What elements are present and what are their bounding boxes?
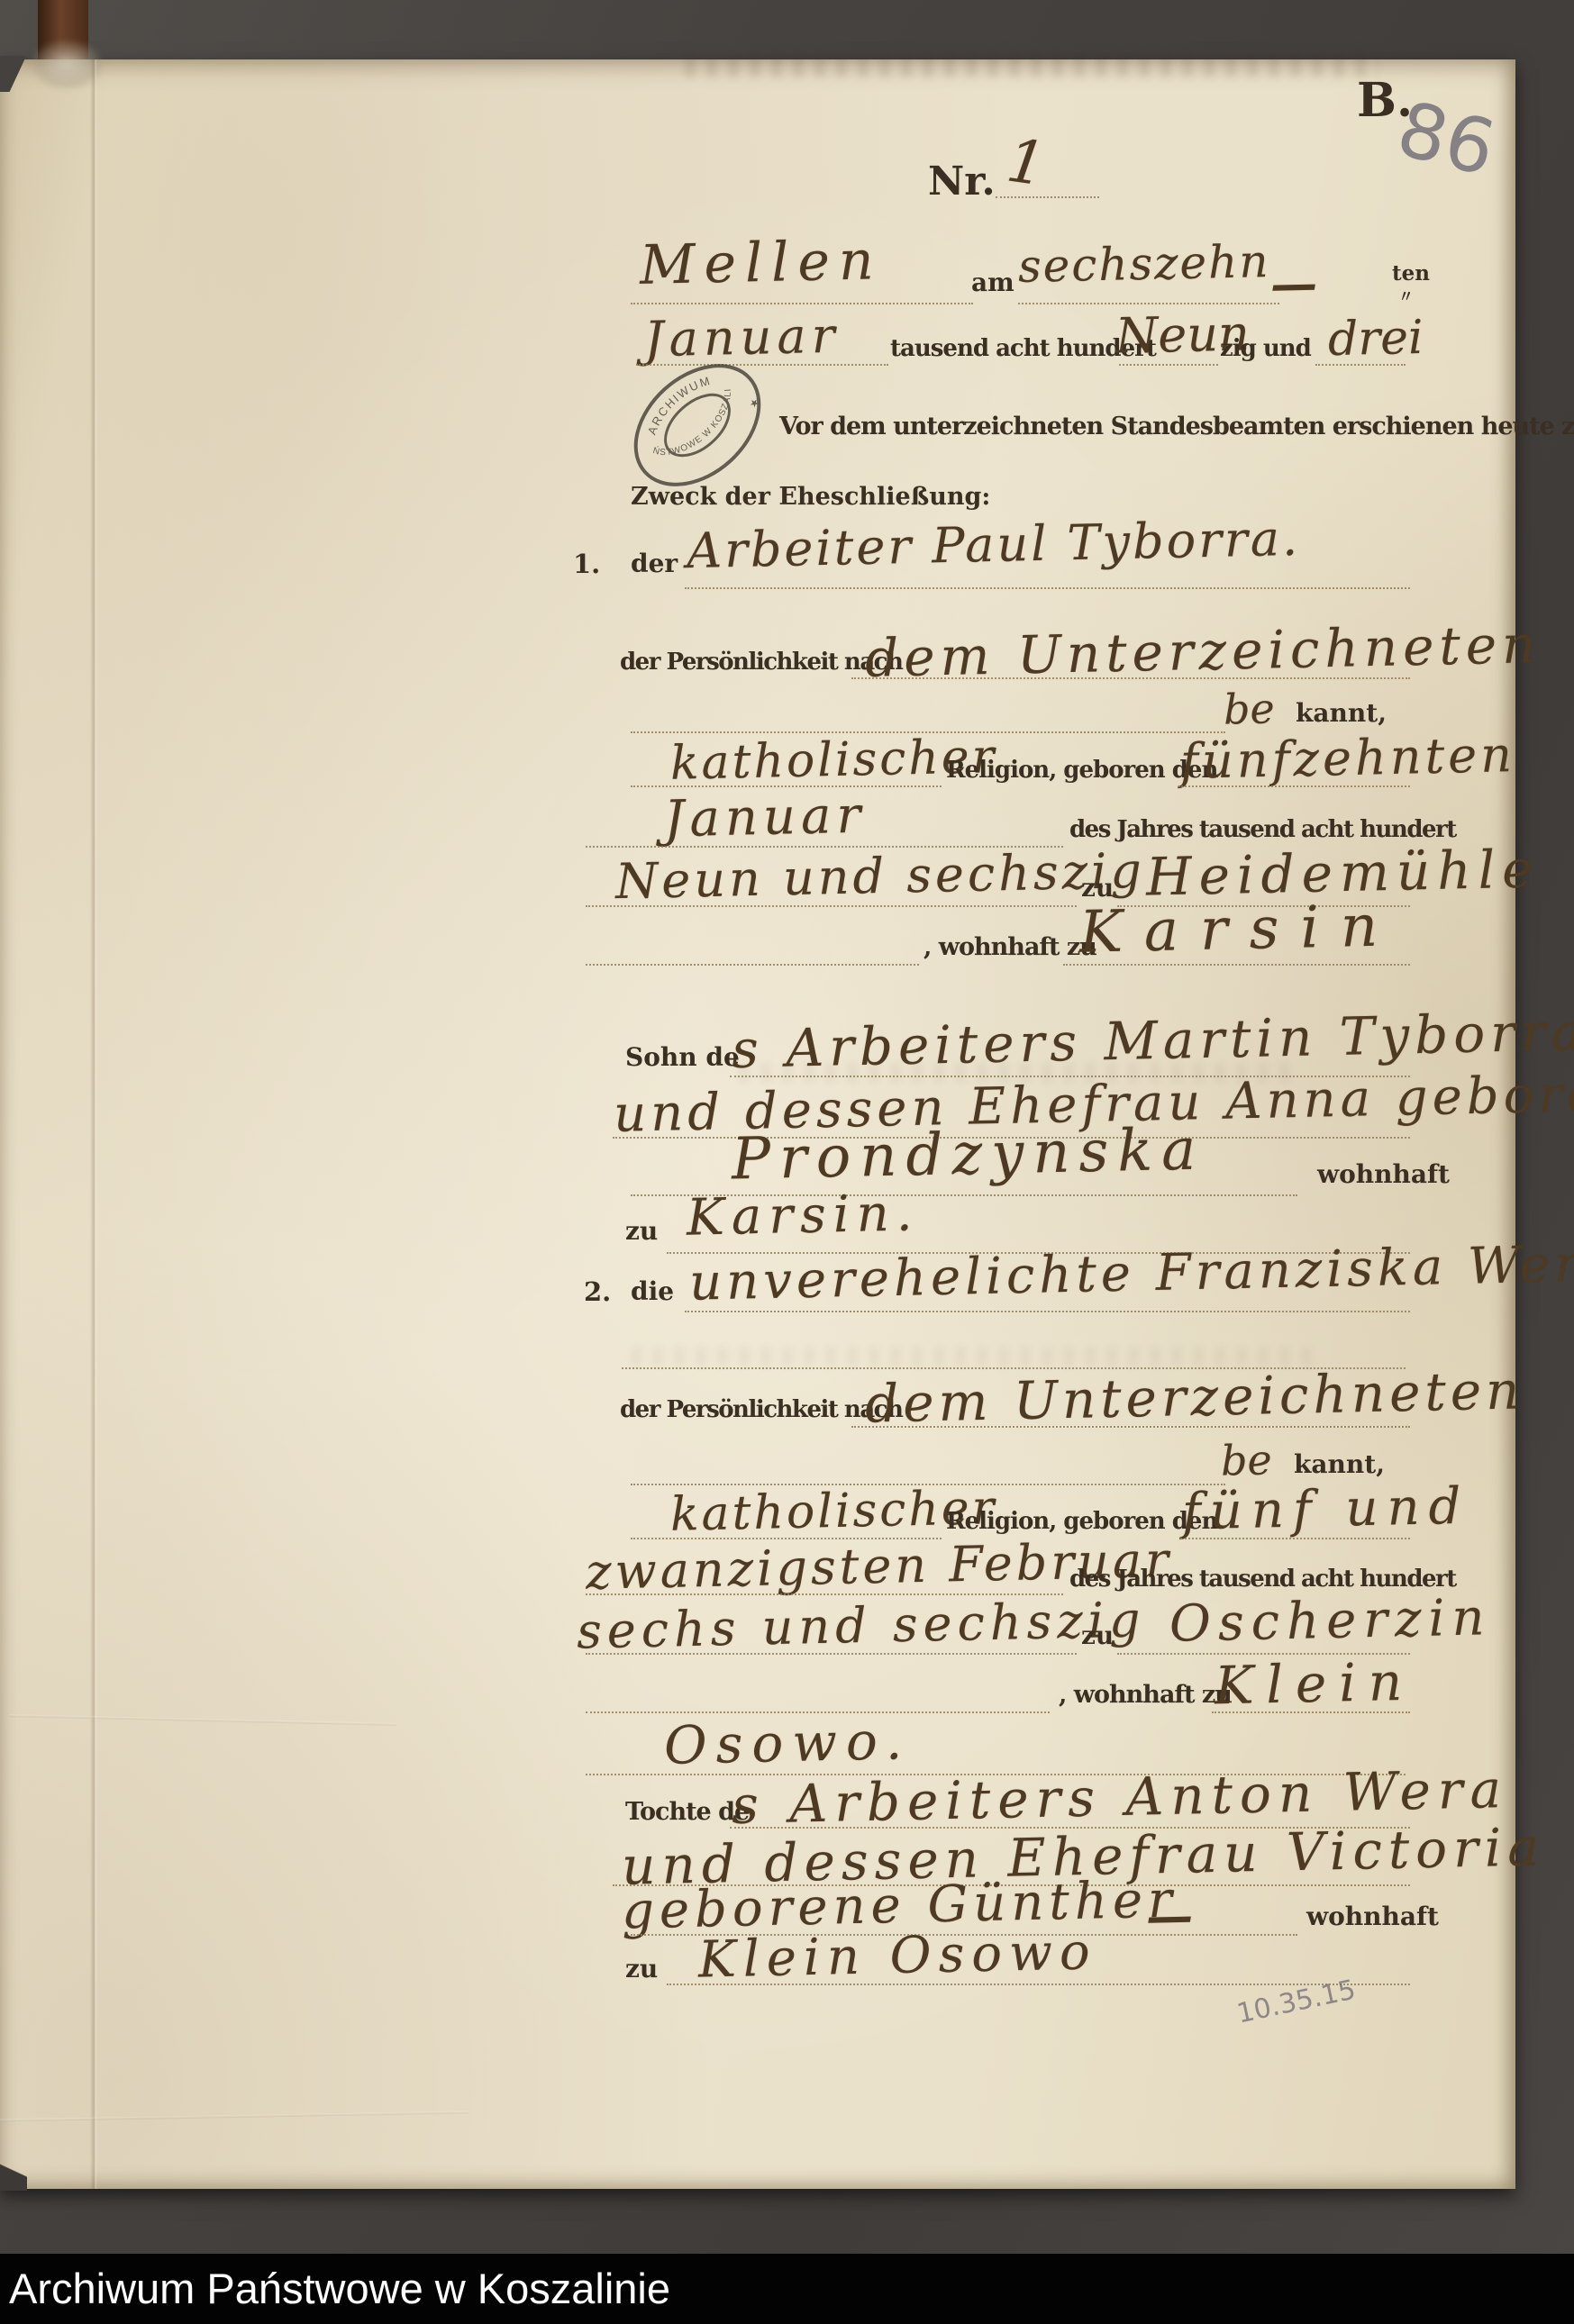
groom-parents-residence-handwritten: Karsin. (686, 1188, 920, 1243)
bride-tochter-label: Tochte de (625, 1800, 749, 1824)
year-ones-handwritten: drei (1327, 314, 1424, 363)
item-2-number: 2. (584, 1279, 611, 1305)
groom-birth-year-handwritten: Neun und sechszig (614, 847, 1145, 906)
bride-religion-label: Religion, geboren den (946, 1510, 1217, 1533)
dotted-rule (631, 303, 973, 304)
bride-birth-place-handwritten: Oscherzin (1169, 1593, 1492, 1649)
bride-zu-label: zu (1081, 1623, 1114, 1648)
groom-wohnhaft-label: wohnhaft (1317, 1162, 1450, 1187)
archival-scan: B. 86 Nr. 1 Mellen am sechszehn — ten 〃 … (0, 0, 1574, 2324)
binding-crease (90, 59, 97, 2189)
dotted-rule (586, 964, 919, 966)
day-handwritten: sechszehn (1018, 239, 1270, 289)
nr-label: Nr. (928, 162, 996, 202)
bride-parents-residence-handwritten: Klein Osowo (697, 1927, 1097, 1985)
zig-und-label: zig und (1220, 337, 1311, 360)
am-label: am (971, 270, 1014, 295)
archive-watermark-bar: Archiwum Państwowe w Koszalinie (0, 2254, 1574, 2324)
dotted-rule (685, 587, 1410, 589)
dotted-rule (586, 905, 1077, 907)
dotted-rule (1119, 364, 1218, 366)
dotted-rule (1178, 785, 1410, 787)
dotted-rule (1063, 964, 1410, 966)
item-1-article: der (631, 551, 678, 576)
purpose-line: Zweck der Eheschließung: (631, 485, 990, 509)
groom-father-handwritten: s Arbeiters Martin Tyborra (731, 1005, 1574, 1076)
groom-parents-zu-label: zu (625, 1219, 658, 1244)
groom-birth-day-handwritten: fünfzehnten (1179, 731, 1515, 786)
bride-be-handwritten: be (1221, 1439, 1273, 1481)
groom-identity-handwritten: dem Unterzeichneten (864, 618, 1541, 685)
groom-be-handwritten: be (1224, 687, 1276, 730)
pencil-folio-number: 86 (1390, 90, 1502, 186)
bride-year-label: des Jahres tausend acht hundert (1069, 1567, 1456, 1591)
dotted-rule (851, 1426, 1410, 1428)
bride-residence1-handwritten: Klein (1214, 1656, 1415, 1712)
page-corner-shadow-bottom (0, 2149, 27, 2191)
dotted-rule (1315, 364, 1406, 366)
groom-zu-label: zu (1081, 876, 1114, 901)
groom-religion-label: Religion, geboren den (946, 758, 1217, 782)
bride-identity-label: der Persönlichkeit nach (620, 1398, 902, 1421)
groom-mother-maiden-handwritten: Prondzynska (731, 1121, 1205, 1189)
dotted-rule (586, 1653, 1077, 1655)
dotted-rule (996, 196, 1099, 198)
groom-identity-label: der Persönlichkeit nach (620, 650, 902, 674)
groom-birth-month-handwritten: Januar (663, 791, 866, 846)
groom-wohnhaft-zu-label: , wohnhaft zu (923, 935, 1096, 959)
bride-kannt-label: kannt, (1294, 1452, 1385, 1477)
bride-birth-day-handwritten: fünf und (1181, 1482, 1469, 1539)
registry-place-handwritten: Mellen (639, 233, 883, 293)
item-2-article: die (631, 1279, 674, 1304)
groom-kannt-label: kannt, (1296, 701, 1387, 726)
dotted-rule (1212, 1711, 1410, 1713)
groom-name-handwritten: Arbeiter Paul Tyborra. (687, 514, 1301, 576)
bride-parents-zu-label: zu (625, 1956, 658, 1982)
item-1-number: 1. (573, 551, 600, 577)
ten-suffix-label: ten (1392, 263, 1430, 284)
dotted-rule (851, 677, 1410, 679)
bride-identity-handwritten: dem Unterzeichneten (864, 1364, 1524, 1430)
archive-watermark-label: Archiwum Państwowe w Koszalinie (9, 2254, 1574, 2324)
bride-birth-year-handwritten: sechs und sechszig (577, 1595, 1147, 1656)
dotted-rule (685, 1311, 1410, 1312)
groom-year-label: des Jahres tausend acht hundert (1069, 818, 1456, 841)
ditto-mark: 〃 (1398, 290, 1414, 305)
bride-residence2-handwritten: Osowo. (663, 1714, 911, 1772)
dotted-rule (1180, 1538, 1410, 1539)
page-corner-shadow (0, 56, 31, 92)
groom-residence-handwritten: Karsin (1078, 897, 1399, 961)
bride-wohnhaft-label: wohnhaft (1306, 1904, 1439, 1929)
groom-sohn-label: Sohn de (625, 1045, 740, 1070)
dash-handwritten: — (1269, 260, 1317, 308)
bride-wohnhaft-zu-label: , wohnhaft zu (1059, 1683, 1232, 1707)
officiant-line: Vor dem unterzeichneten Standesbeamten e… (779, 414, 1574, 439)
